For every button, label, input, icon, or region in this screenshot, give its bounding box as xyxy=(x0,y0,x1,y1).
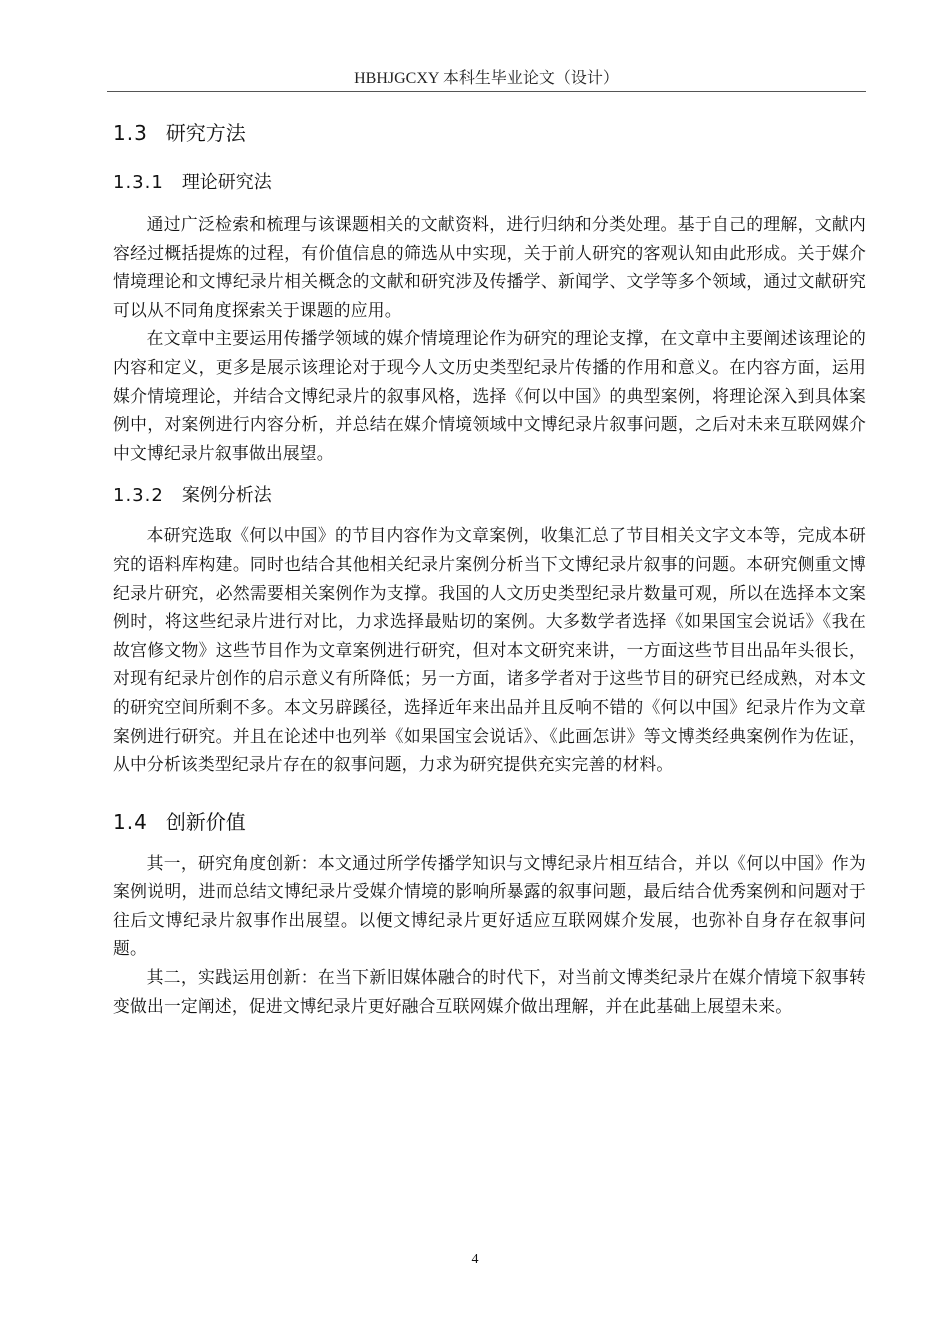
section-title: 案例分析法 xyxy=(182,485,272,506)
section-title: 研究方法 xyxy=(166,121,246,145)
section-number: 1.3.1 xyxy=(113,168,164,198)
page-body: 1.3研究方法 1.3.1理论研究法 通过广泛检索和梳理与该课题相关的文献资料，… xyxy=(113,112,866,1020)
header-divider xyxy=(107,91,866,92)
paragraph: 本研究选取《何以中国》的节目内容作为文章案例，收集汇总了节目相关文字文本等，完成… xyxy=(113,521,866,778)
section-heading-1-3-2: 1.3.2案例分析法 xyxy=(113,481,866,511)
section-heading-1-3-1: 1.3.1理论研究法 xyxy=(113,168,866,198)
section-title: 理论研究法 xyxy=(182,172,272,193)
section-number: 1.3.2 xyxy=(113,481,164,511)
paragraph: 通过广泛检索和梳理与该课题相关的文献资料，进行归纳和分类处理。基于自己的理解，文… xyxy=(113,210,866,324)
paragraph: 在文章中主要运用传播学领域的媒介情境理论作为研究的理论支撑，在文章中主要阐述该理… xyxy=(113,324,866,467)
paragraph: 其二，实践运用创新：在当下新旧媒体融合的时代下，对当前文博类纪录片在媒介情境下叙… xyxy=(113,963,866,1020)
section-heading-1-3: 1.3研究方法 xyxy=(113,116,866,150)
section-number: 1.4 xyxy=(113,805,148,839)
paragraph: 其一，研究角度创新：本文通过所学传播学知识与文博纪录片相互结合，并以《何以中国》… xyxy=(113,849,866,963)
page-header: HBHJGCXY 本科生毕业论文（设计） xyxy=(107,68,866,90)
section-title: 创新价值 xyxy=(166,810,246,834)
section-number: 1.3 xyxy=(113,116,148,150)
section-heading-1-4: 1.4创新价值 xyxy=(113,805,866,839)
page-number: 4 xyxy=(0,1252,950,1268)
